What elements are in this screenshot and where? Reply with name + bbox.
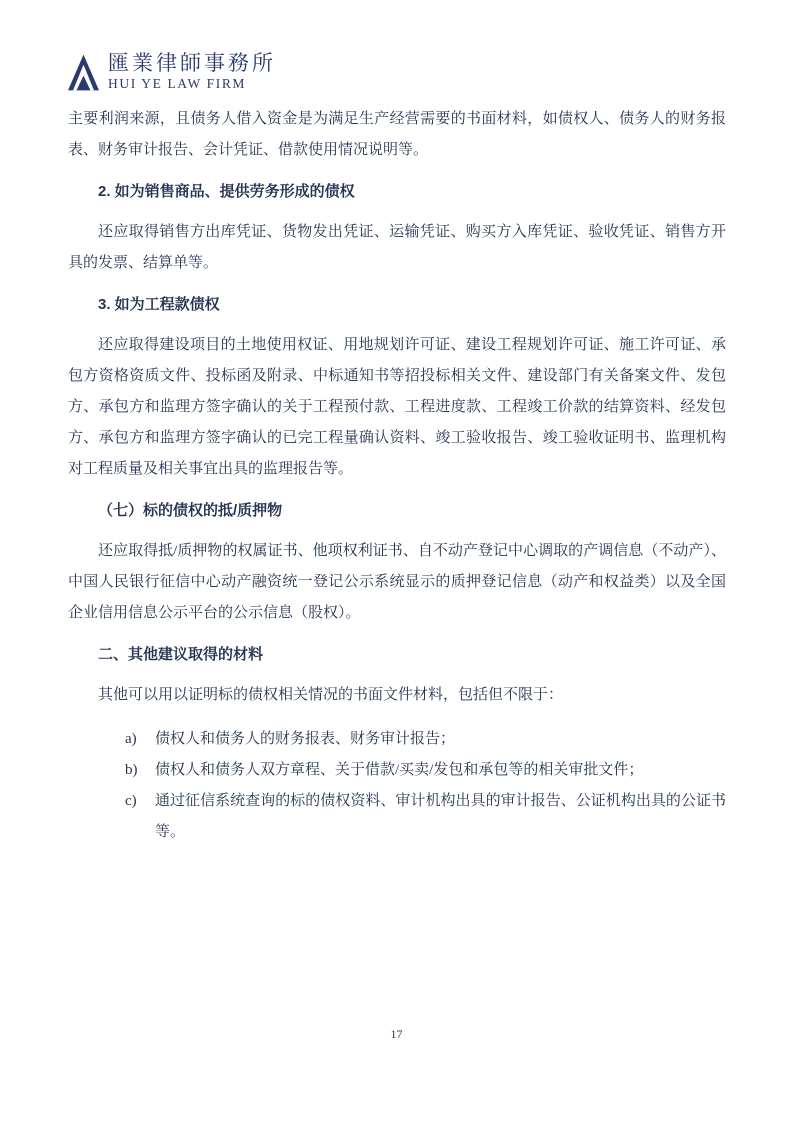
law-firm-logo: 匯業律師事務所 HUI YE LAW FIRM: [68, 53, 276, 91]
list-item: b) 债权人和债务人双方章程、关于借款/买卖/发包和承包等的相关审批文件；: [68, 755, 726, 786]
list-item-text: 债权人和债务人的财务报表、财务审计报告；: [155, 724, 726, 755]
document-body: 主要利润来源，且债务人借入资金是为满足生产经营需要的书面材料，如债权人、债务人的…: [68, 104, 726, 848]
logo-english-name: HUI YE LAW FIRM: [108, 77, 276, 91]
section-heading-collateral: （七）标的债权的抵/质押物: [68, 495, 726, 526]
document-page: 匯業律師事務所 HUI YE LAW FIRM 主要利润来源，且债务人借入资金是…: [0, 0, 793, 1122]
list-item: a) 债权人和债务人的财务报表、财务审计报告；: [68, 724, 726, 755]
paragraph-continuation: 主要利润来源，且债务人借入资金是为满足生产经营需要的书面材料，如债权人、债务人的…: [68, 104, 726, 166]
list-marker: a): [125, 724, 155, 755]
page-number: 17: [0, 1027, 793, 1042]
lettered-list: a) 债权人和债务人的财务报表、财务审计报告； b) 债权人和债务人双方章程、关…: [68, 724, 726, 848]
section-heading-construction-debt: 3. 如为工程款债权: [68, 289, 726, 320]
logo-chinese-name: 匯業律師事務所: [108, 53, 276, 74]
logo-triangle-icon: [68, 54, 99, 91]
list-marker: c): [125, 786, 155, 848]
list-marker: b): [125, 755, 155, 786]
list-item: c) 通过征信系统查询的标的债权资料、审计机构出具的审计报告、公证机构出具的公证…: [68, 786, 726, 848]
paragraph-other-materials-intro: 其他可以用以证明标的债权相关情况的书面文件材料，包括但不限于：: [68, 680, 726, 711]
list-item-text: 通过征信系统查询的标的债权资料、审计机构出具的审计报告、公证机构出具的公证书等。: [155, 786, 726, 848]
section-heading-other-materials: 二、其他建议取得的材料: [68, 639, 726, 670]
logo-text-block: 匯業律師事務所 HUI YE LAW FIRM: [108, 53, 276, 91]
list-item-text: 债权人和债务人双方章程、关于借款/买卖/发包和承包等的相关审批文件；: [155, 755, 726, 786]
paragraph-sale-goods: 还应取得销售方出库凭证、货物发出凭证、运输凭证、购买方入库凭证、验收凭证、销售方…: [68, 217, 726, 279]
paragraph-collateral: 还应取得抵/质押物的权属证书、他项权利证书、自不动产登记中心调取的产调信息（不动…: [68, 536, 726, 629]
paragraph-construction-debt: 还应取得建设项目的土地使用权证、用地规划许可证、建设工程规划许可证、施工许可证、…: [68, 330, 726, 485]
section-heading-sale-goods: 2. 如为销售商品、提供劳务形成的债权: [68, 176, 726, 207]
